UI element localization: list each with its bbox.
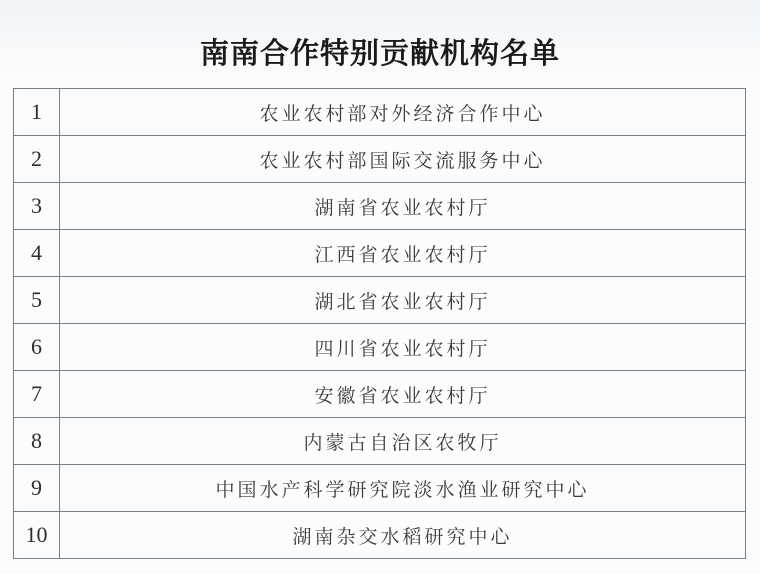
table-row: 3 湖南省农业农村厅 bbox=[14, 183, 746, 230]
table-row: 6 四川省农业农村厅 bbox=[14, 324, 746, 371]
row-number: 2 bbox=[14, 136, 60, 183]
institution-name: 内蒙古自治区农牧厅 bbox=[60, 418, 746, 465]
row-number: 5 bbox=[14, 277, 60, 324]
institution-name: 农业农村部对外经济合作中心 bbox=[60, 89, 746, 136]
institution-name: 湖南杂交水稻研究中心 bbox=[60, 512, 746, 559]
institution-name: 湖南省农业农村厅 bbox=[60, 183, 746, 230]
row-number: 8 bbox=[14, 418, 60, 465]
row-number: 4 bbox=[14, 230, 60, 277]
institution-name: 四川省农业农村厅 bbox=[60, 324, 746, 371]
institution-table: 1 农业农村部对外经济合作中心 2 农业农村部国际交流服务中心 3 湖南省农业农… bbox=[13, 88, 746, 559]
table-row: 1 农业农村部对外经济合作中心 bbox=[14, 89, 746, 136]
row-number: 6 bbox=[14, 324, 60, 371]
institution-name: 中国水产科学研究院淡水渔业研究中心 bbox=[60, 465, 746, 512]
row-number: 9 bbox=[14, 465, 60, 512]
row-number: 10 bbox=[14, 512, 60, 559]
institution-name: 江西省农业农村厅 bbox=[60, 230, 746, 277]
table-row: 5 湖北省农业农村厅 bbox=[14, 277, 746, 324]
table-row: 8 内蒙古自治区农牧厅 bbox=[14, 418, 746, 465]
row-number: 1 bbox=[14, 89, 60, 136]
table-row: 4 江西省农业农村厅 bbox=[14, 230, 746, 277]
table-row: 10 湖南杂交水稻研究中心 bbox=[14, 512, 746, 559]
institution-name: 湖北省农业农村厅 bbox=[60, 277, 746, 324]
institution-name: 农业农村部国际交流服务中心 bbox=[60, 136, 746, 183]
institution-name: 安徽省农业农村厅 bbox=[60, 371, 746, 418]
table-row: 2 农业农村部国际交流服务中心 bbox=[14, 136, 746, 183]
row-number: 7 bbox=[14, 371, 60, 418]
document-title: 南南合作特别贡献机构名单 bbox=[0, 33, 760, 73]
table-row: 7 安徽省农业农村厅 bbox=[14, 371, 746, 418]
table-row: 9 中国水产科学研究院淡水渔业研究中心 bbox=[14, 465, 746, 512]
row-number: 3 bbox=[14, 183, 60, 230]
